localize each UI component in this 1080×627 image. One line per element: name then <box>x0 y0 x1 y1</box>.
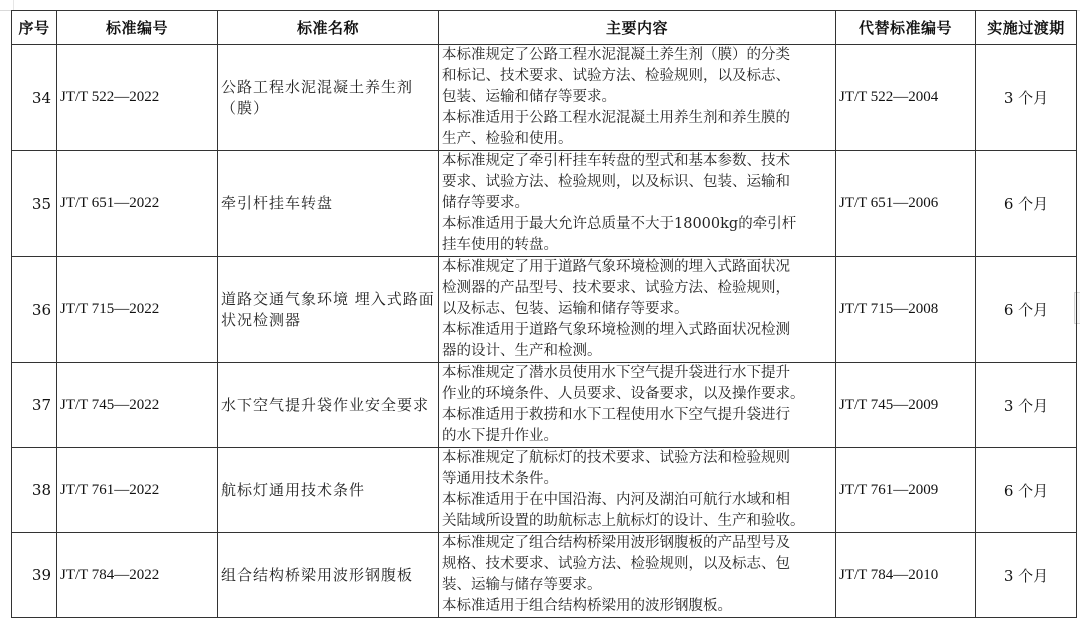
name-line: 水下空气提升袋作业安全要求 <box>221 395 438 416</box>
cell-transition: 3 个月 <box>976 533 1077 618</box>
page-corner-mark <box>0 0 14 10</box>
name-line: 航标灯通用技术条件 <box>221 480 438 501</box>
cell-no: 37 <box>12 363 57 448</box>
content-line: 器的设计、生产和检测。 <box>442 341 835 362</box>
table-row: 34JT/T 522—2022公路工程水泥混凝土养生剂（膜）本标准规定了公路工程… <box>12 45 1077 151</box>
header-replaces: 代替标准编号 <box>836 11 976 45</box>
cell-code: JT/T 784—2022 <box>57 533 218 618</box>
content-line: 以及标志、包装、运输和储存等要求。 <box>442 299 835 320</box>
content-line: 本标准规定了航标灯的技术要求、试验方法和检验规则 <box>442 448 835 469</box>
content-line: 和标记、技术要求、试验方法、检验规则，以及标志、 <box>442 66 835 87</box>
cell-no: 38 <box>12 448 57 533</box>
content-line: 装、运输与储存等要求。 <box>442 575 835 596</box>
cell-content: 本标准规定了公路工程水泥混凝土养生剂（膜）的分类和标记、技术要求、试验方法、检验… <box>439 45 836 151</box>
name-line: （膜） <box>221 98 438 119</box>
cell-transition: 3 个月 <box>976 363 1077 448</box>
name-line: 状况检测器 <box>221 310 438 331</box>
cell-content: 本标准规定了组合结构桥梁用波形钢腹板的产品型号及规格、技术要求、试验方法、检验规… <box>439 533 836 618</box>
cell-transition: 6 个月 <box>976 448 1077 533</box>
content-line: 本标准规定了公路工程水泥混凝土养生剂（膜）的分类 <box>442 45 835 66</box>
content-line: 本标准适用于在中国沿海、内河及湖泊可航行水域和相 <box>442 490 835 511</box>
table-row: 39JT/T 784—2022组合结构桥梁用波形钢腹板本标准规定了组合结构桥梁用… <box>12 533 1077 618</box>
content-line: 检测器的产品型号、技术要求、试验方法、检验规则， <box>442 278 835 299</box>
content-line: 本标准适用于公路工程水泥混凝土用养生剂和养生膜的 <box>442 108 835 129</box>
cell-replaces: JT/T 651—2006 <box>836 151 976 257</box>
content-line: 包装、运输和储存等要求。 <box>442 87 835 108</box>
header-code: 标准编号 <box>57 11 218 45</box>
cell-content: 本标准规定了牵引杆挂车转盘的型式和基本参数、技术要求、试验方法、检验规则，以及标… <box>439 151 836 257</box>
cell-content: 本标准规定了航标灯的技术要求、试验方法和检验规则等通用技术条件。本标准适用于在中… <box>439 448 836 533</box>
content-line: 本标准规定了用于道路气象环境检测的埋入式路面状况 <box>442 257 835 278</box>
cell-content: 本标准规定了用于道路气象环境检测的埋入式路面状况检测器的产品型号、技术要求、试验… <box>439 257 836 363</box>
table-row: 37JT/T 745—2022水下空气提升袋作业安全要求本标准规定了潜水员使用水… <box>12 363 1077 448</box>
cell-no: 36 <box>12 257 57 363</box>
content-line: 本标准适用于救捞和水下工程使用水下空气提升袋进行 <box>442 405 835 426</box>
content-line: 本标准规定了潜水员使用水下空气提升袋进行水下提升 <box>442 363 835 384</box>
header-no: 序号 <box>12 11 57 45</box>
cell-transition: 3 个月 <box>976 45 1077 151</box>
content-line: 规格、技术要求、试验方法、检验规则，以及标志、包 <box>442 554 835 575</box>
name-line: 道路交通气象环境 埋入式路面 <box>221 289 438 310</box>
content-line: 本标准适用于道路气象环境检测的埋入式路面状况检测 <box>442 320 835 341</box>
cell-code: JT/T 522—2022 <box>57 45 218 151</box>
cell-name: 组合结构桥梁用波形钢腹板 <box>218 533 439 618</box>
cell-code: JT/T 651—2022 <box>57 151 218 257</box>
cell-name: 航标灯通用技术条件 <box>218 448 439 533</box>
cell-code: JT/T 745—2022 <box>57 363 218 448</box>
cell-no: 35 <box>12 151 57 257</box>
cell-no: 34 <box>12 45 57 151</box>
content-line: 挂车使用的转盘。 <box>442 235 835 256</box>
table-row: 36JT/T 715—2022道路交通气象环境 埋入式路面状况检测器本标准规定了… <box>12 257 1077 363</box>
header-content: 主要内容 <box>439 11 836 45</box>
cell-replaces: JT/T 761—2009 <box>836 448 976 533</box>
content-line: 本标准适用于组合结构桥梁用的波形钢腹板。 <box>442 596 835 617</box>
table-row: 38JT/T 761—2022航标灯通用技术条件本标准规定了航标灯的技术要求、试… <box>12 448 1077 533</box>
cell-name: 水下空气提升袋作业安全要求 <box>218 363 439 448</box>
cell-no: 39 <box>12 533 57 618</box>
content-line: 本标准规定了牵引杆挂车转盘的型式和基本参数、技术 <box>442 151 835 172</box>
content-line: 储存等要求。 <box>442 193 835 214</box>
content-line: 本标准规定了组合结构桥梁用波形钢腹板的产品型号及 <box>442 533 835 554</box>
cell-replaces: JT/T 784—2010 <box>836 533 976 618</box>
cell-name: 牵引杆挂车转盘 <box>218 151 439 257</box>
cell-name: 公路工程水泥混凝土养生剂（膜） <box>218 45 439 151</box>
content-line: 的水下提升作业。 <box>442 426 835 447</box>
cell-replaces: JT/T 715—2008 <box>836 257 976 363</box>
content-line: 本标准适用于最大允许总质量不大于18000kg的牵引杆 <box>442 214 835 235</box>
name-line: 牵引杆挂车转盘 <box>221 193 438 214</box>
cell-transition: 6 个月 <box>976 151 1077 257</box>
name-line: 组合结构桥梁用波形钢腹板 <box>221 565 438 586</box>
cell-content: 本标准规定了潜水员使用水下空气提升袋进行水下提升作业的环境条件、人员要求、设备要… <box>439 363 836 448</box>
cell-code: JT/T 761—2022 <box>57 448 218 533</box>
cell-name: 道路交通气象环境 埋入式路面状况检测器 <box>218 257 439 363</box>
content-line: 关陆域所设置的助航标志上航标灯的设计、生产和验收。 <box>442 511 835 532</box>
cell-replaces: JT/T 522—2004 <box>836 45 976 151</box>
cell-replaces: JT/T 745—2009 <box>836 363 976 448</box>
cell-transition: 6 个月 <box>976 257 1077 363</box>
header-name: 标准名称 <box>218 11 439 45</box>
cell-code: JT/T 715—2022 <box>57 257 218 363</box>
table-header-row: 序号 标准编号 标准名称 主要内容 代替标准编号 实施过渡期 <box>12 11 1077 45</box>
table-row: 35JT/T 651—2022牵引杆挂车转盘本标准规定了牵引杆挂车转盘的型式和基… <box>12 151 1077 257</box>
header-transition: 实施过渡期 <box>976 11 1077 45</box>
standards-table: 序号 标准编号 标准名称 主要内容 代替标准编号 实施过渡期 34JT/T 52… <box>11 10 1077 618</box>
content-line: 要求、试验方法、检验规则，以及标识、包装、运输和 <box>442 172 835 193</box>
content-line: 生产、检验和使用。 <box>442 129 835 150</box>
content-line: 等通用技术条件。 <box>442 469 835 490</box>
name-line: 公路工程水泥混凝土养生剂 <box>221 77 438 98</box>
content-line: 作业的环境条件、人员要求、设备要求，以及操作要求。 <box>442 384 835 405</box>
